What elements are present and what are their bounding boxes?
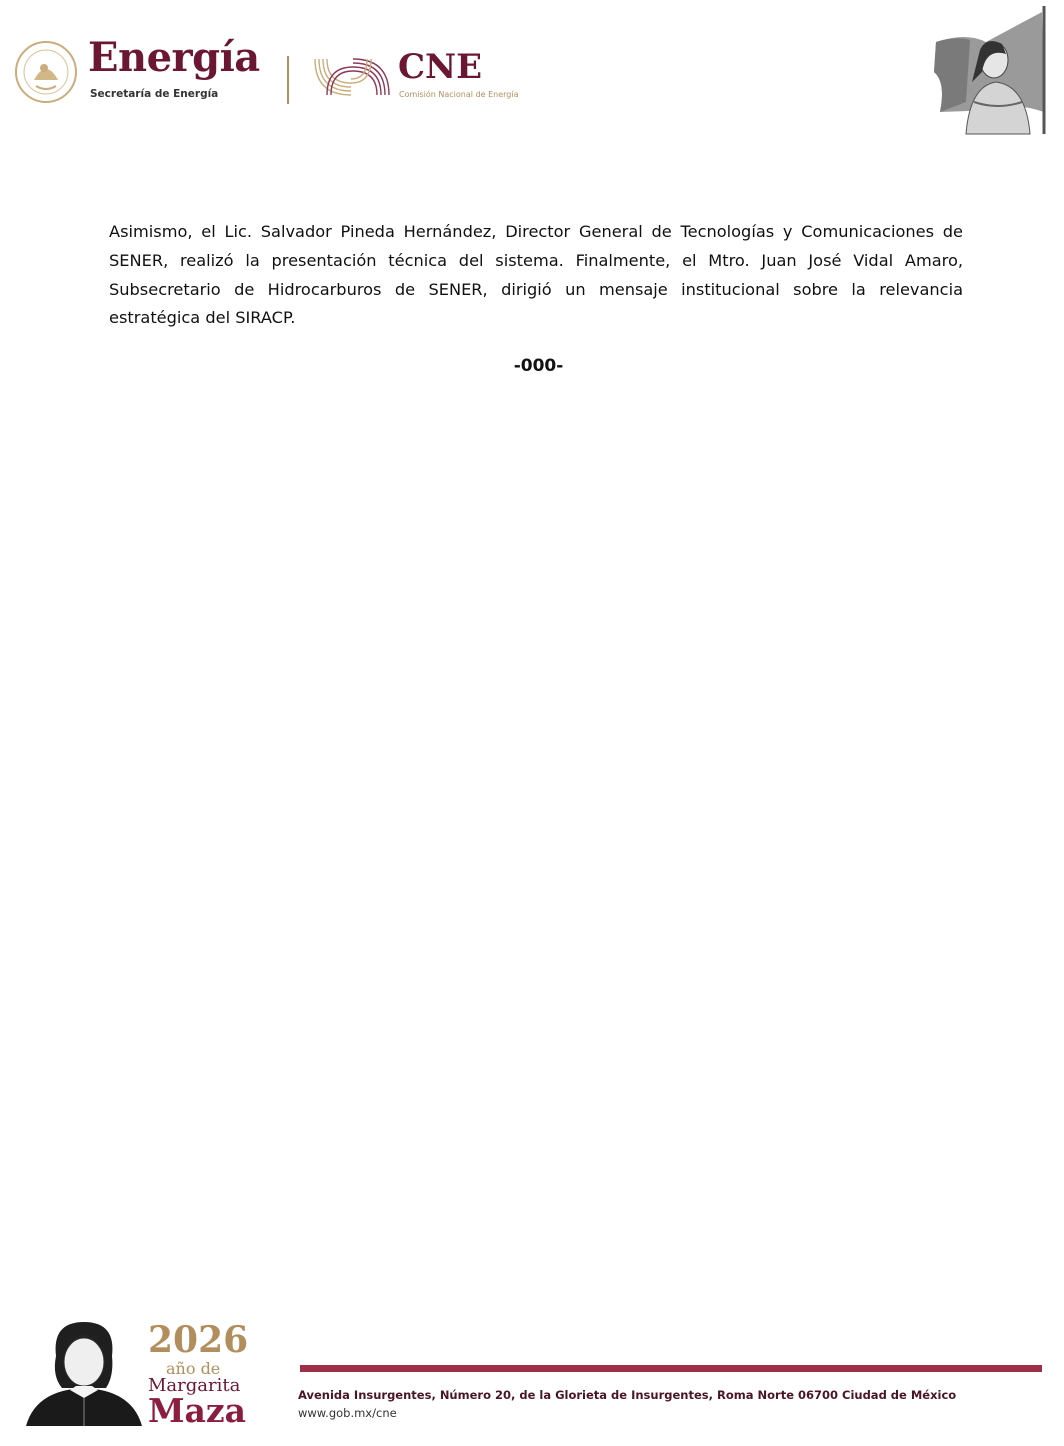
page-header: Energía Secretaría de Energía CNE Comisi… (0, 0, 1064, 140)
energia-logo-title: Energía (88, 38, 260, 78)
footer-website-link[interactable]: www.gob.mx/cne (298, 1406, 397, 1420)
heroine-flag-illustration (926, 2, 1058, 136)
cne-logo-subtitle: Comisión Nacional de Energía (399, 90, 518, 99)
national-seal-icon (14, 40, 78, 104)
footer-divider-bar (300, 1365, 1042, 1372)
footer-address: Avenida Insurgentes, Número 20, de la Gl… (298, 1388, 956, 1402)
body-paragraph: Asimismo, el Lic. Salvador Pineda Hernán… (109, 218, 963, 333)
commemorative-year: 2026 (148, 1322, 248, 1358)
document-body: Asimismo, el Lic. Salvador Pineda Hernán… (109, 218, 963, 333)
energia-logo-subtitle: Secretaría de Energía (90, 88, 218, 100)
logo-divider (287, 56, 289, 104)
commemorative-name-last: Maza (148, 1394, 246, 1427)
margarita-maza-portrait (22, 1316, 144, 1428)
cne-logo-title: CNE (398, 50, 482, 84)
cne-logo-icon (313, 55, 391, 99)
closing-mark: -000- (0, 356, 1064, 376)
